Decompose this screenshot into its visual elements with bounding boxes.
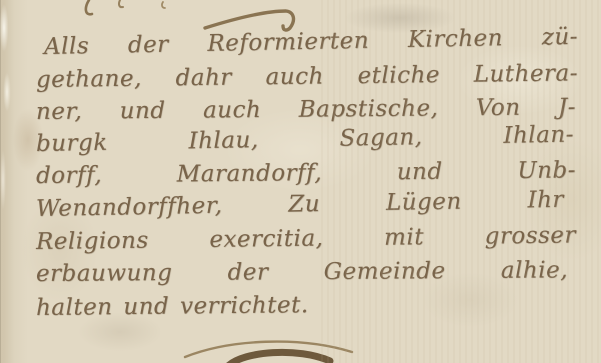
ink-flourishes xyxy=(0,0,601,363)
top-partial-stroke-icon xyxy=(119,0,123,7)
bottom-initial-stroke-icon xyxy=(228,352,330,363)
top-partial-stroke-icon xyxy=(86,0,92,14)
manuscript-page: Alls der Reformierten Kirchen zü- gethan… xyxy=(0,0,601,363)
top-pen-flourish-icon xyxy=(205,11,293,30)
top-partial-stroke-icon xyxy=(162,2,165,8)
